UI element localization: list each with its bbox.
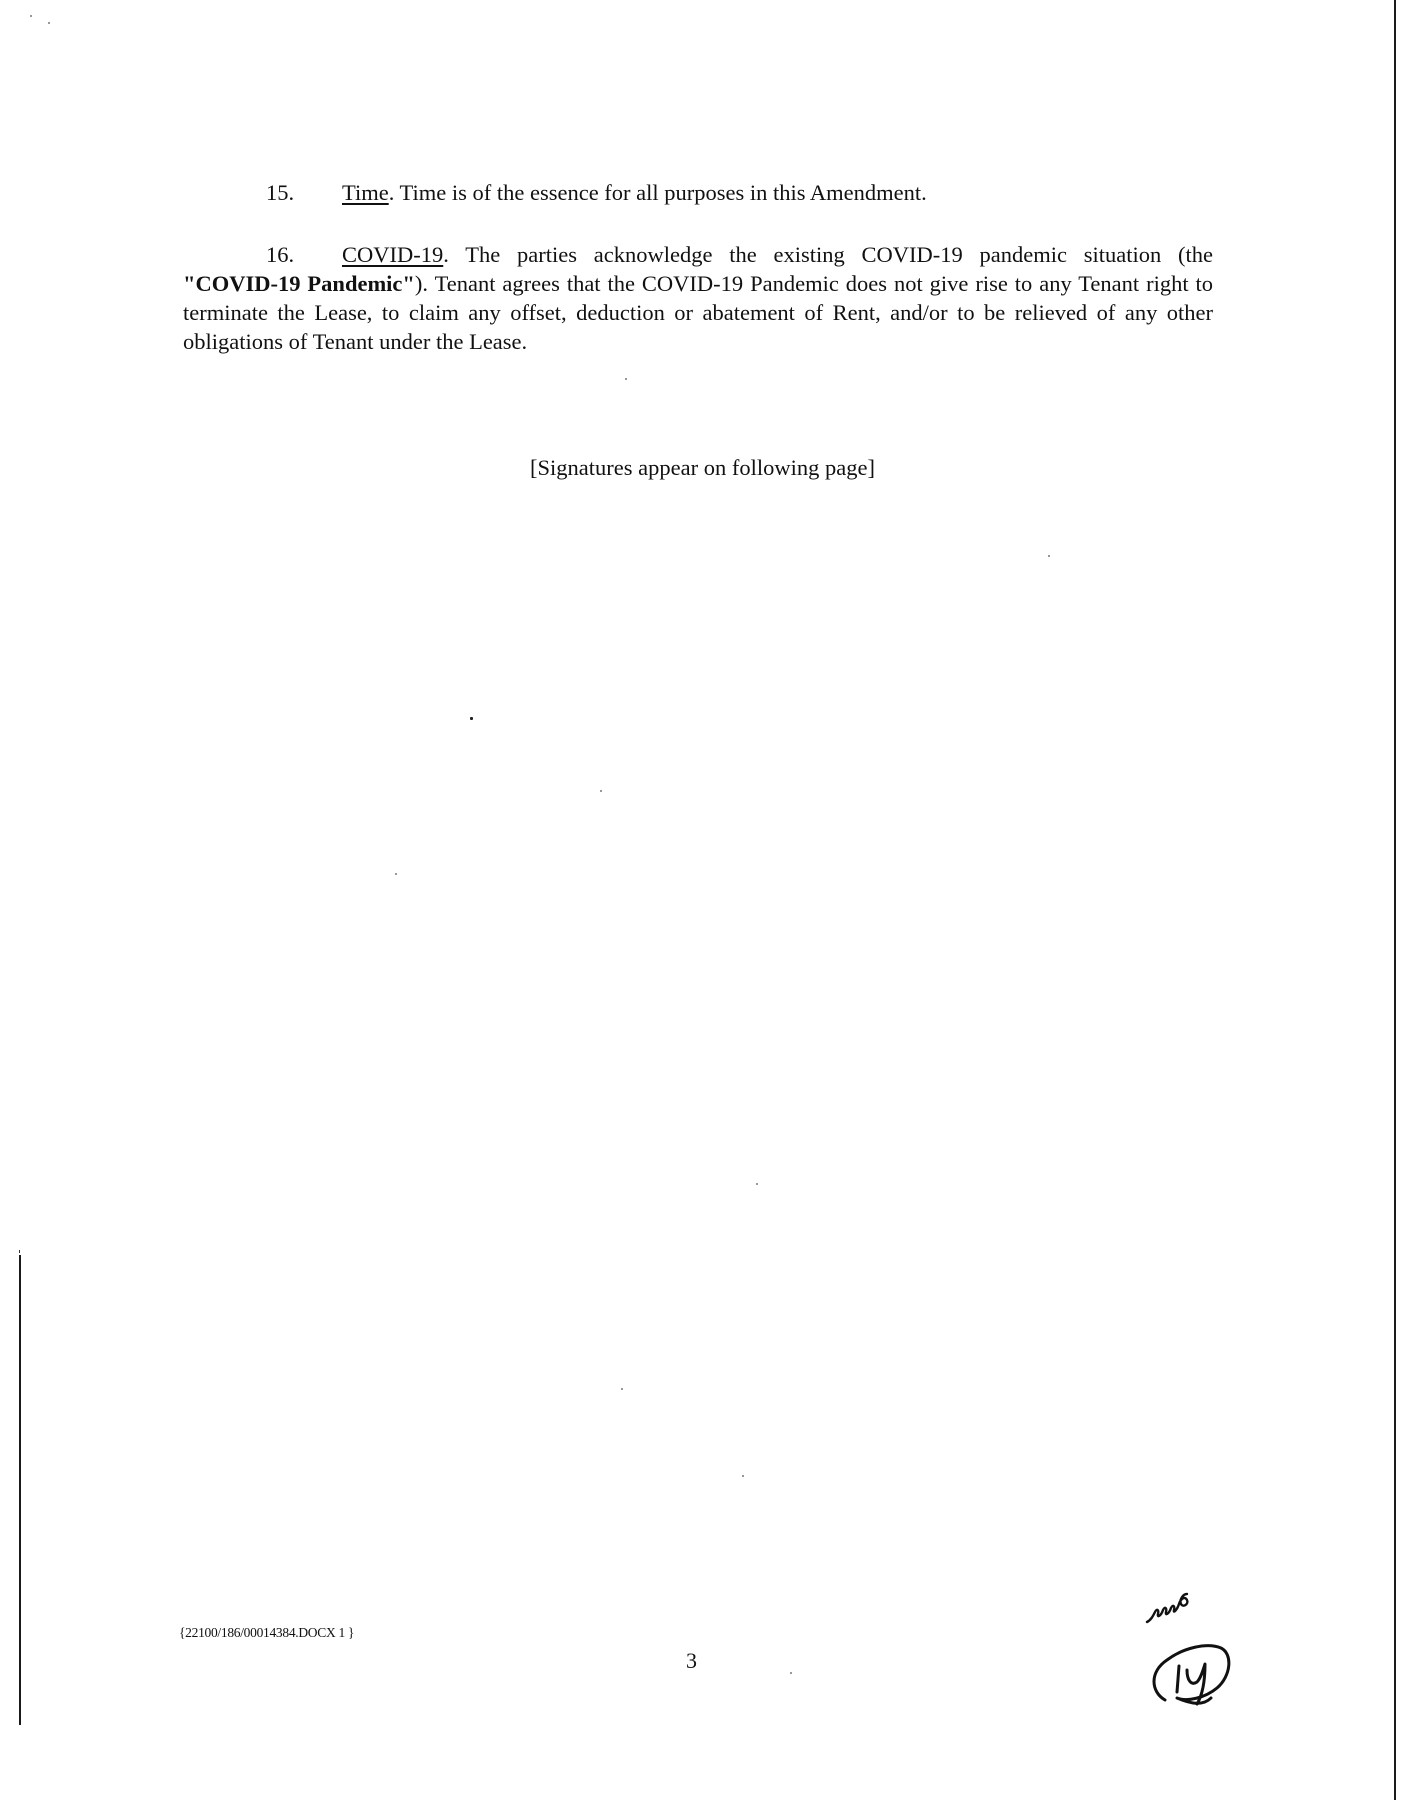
page-number: 3 <box>686 1648 697 1674</box>
section-16-defined-term: "COVID-19 Pandemic" <box>183 271 415 296</box>
signature-note-text: [Signatures appear on following page] <box>530 455 875 480</box>
scan-speck <box>742 1475 744 1477</box>
scan-speck <box>48 22 50 24</box>
scan-speck <box>395 873 397 875</box>
section-15-heading: Time <box>342 180 389 205</box>
scan-speck <box>470 717 473 720</box>
scan-edge-right <box>1394 0 1396 1800</box>
footer-document-id: {22100/186/00014384.DOCX 1 } <box>179 1625 354 1641</box>
scan-speck <box>1048 555 1050 557</box>
signature-note: [Signatures appear on following page] <box>0 455 1405 481</box>
section-16-heading: COVID-19 <box>342 242 443 267</box>
section-16: 16.COVID-19. The parties acknowledge the… <box>183 240 1213 356</box>
scan-speck <box>621 1388 623 1390</box>
scan-edge-left <box>19 1255 21 1725</box>
section-15: 15.Time. Time is of the essence for all … <box>266 178 927 207</box>
section-15-number: 15. <box>266 178 342 207</box>
section-15-text: . Time is of the essence for all purpose… <box>389 180 927 205</box>
section-16-number: 16. <box>183 240 342 269</box>
scan-speck <box>30 15 32 17</box>
scan-speck <box>625 378 627 380</box>
document-page: 15.Time. Time is of the essence for all … <box>0 0 1405 1815</box>
handwritten-initials-icon <box>1135 1580 1255 1720</box>
section-16-text-1: . The parties acknowledge the existing C… <box>443 242 1213 267</box>
scan-speck <box>790 1672 792 1674</box>
scan-speck <box>600 790 602 792</box>
scan-speck <box>756 1183 758 1185</box>
